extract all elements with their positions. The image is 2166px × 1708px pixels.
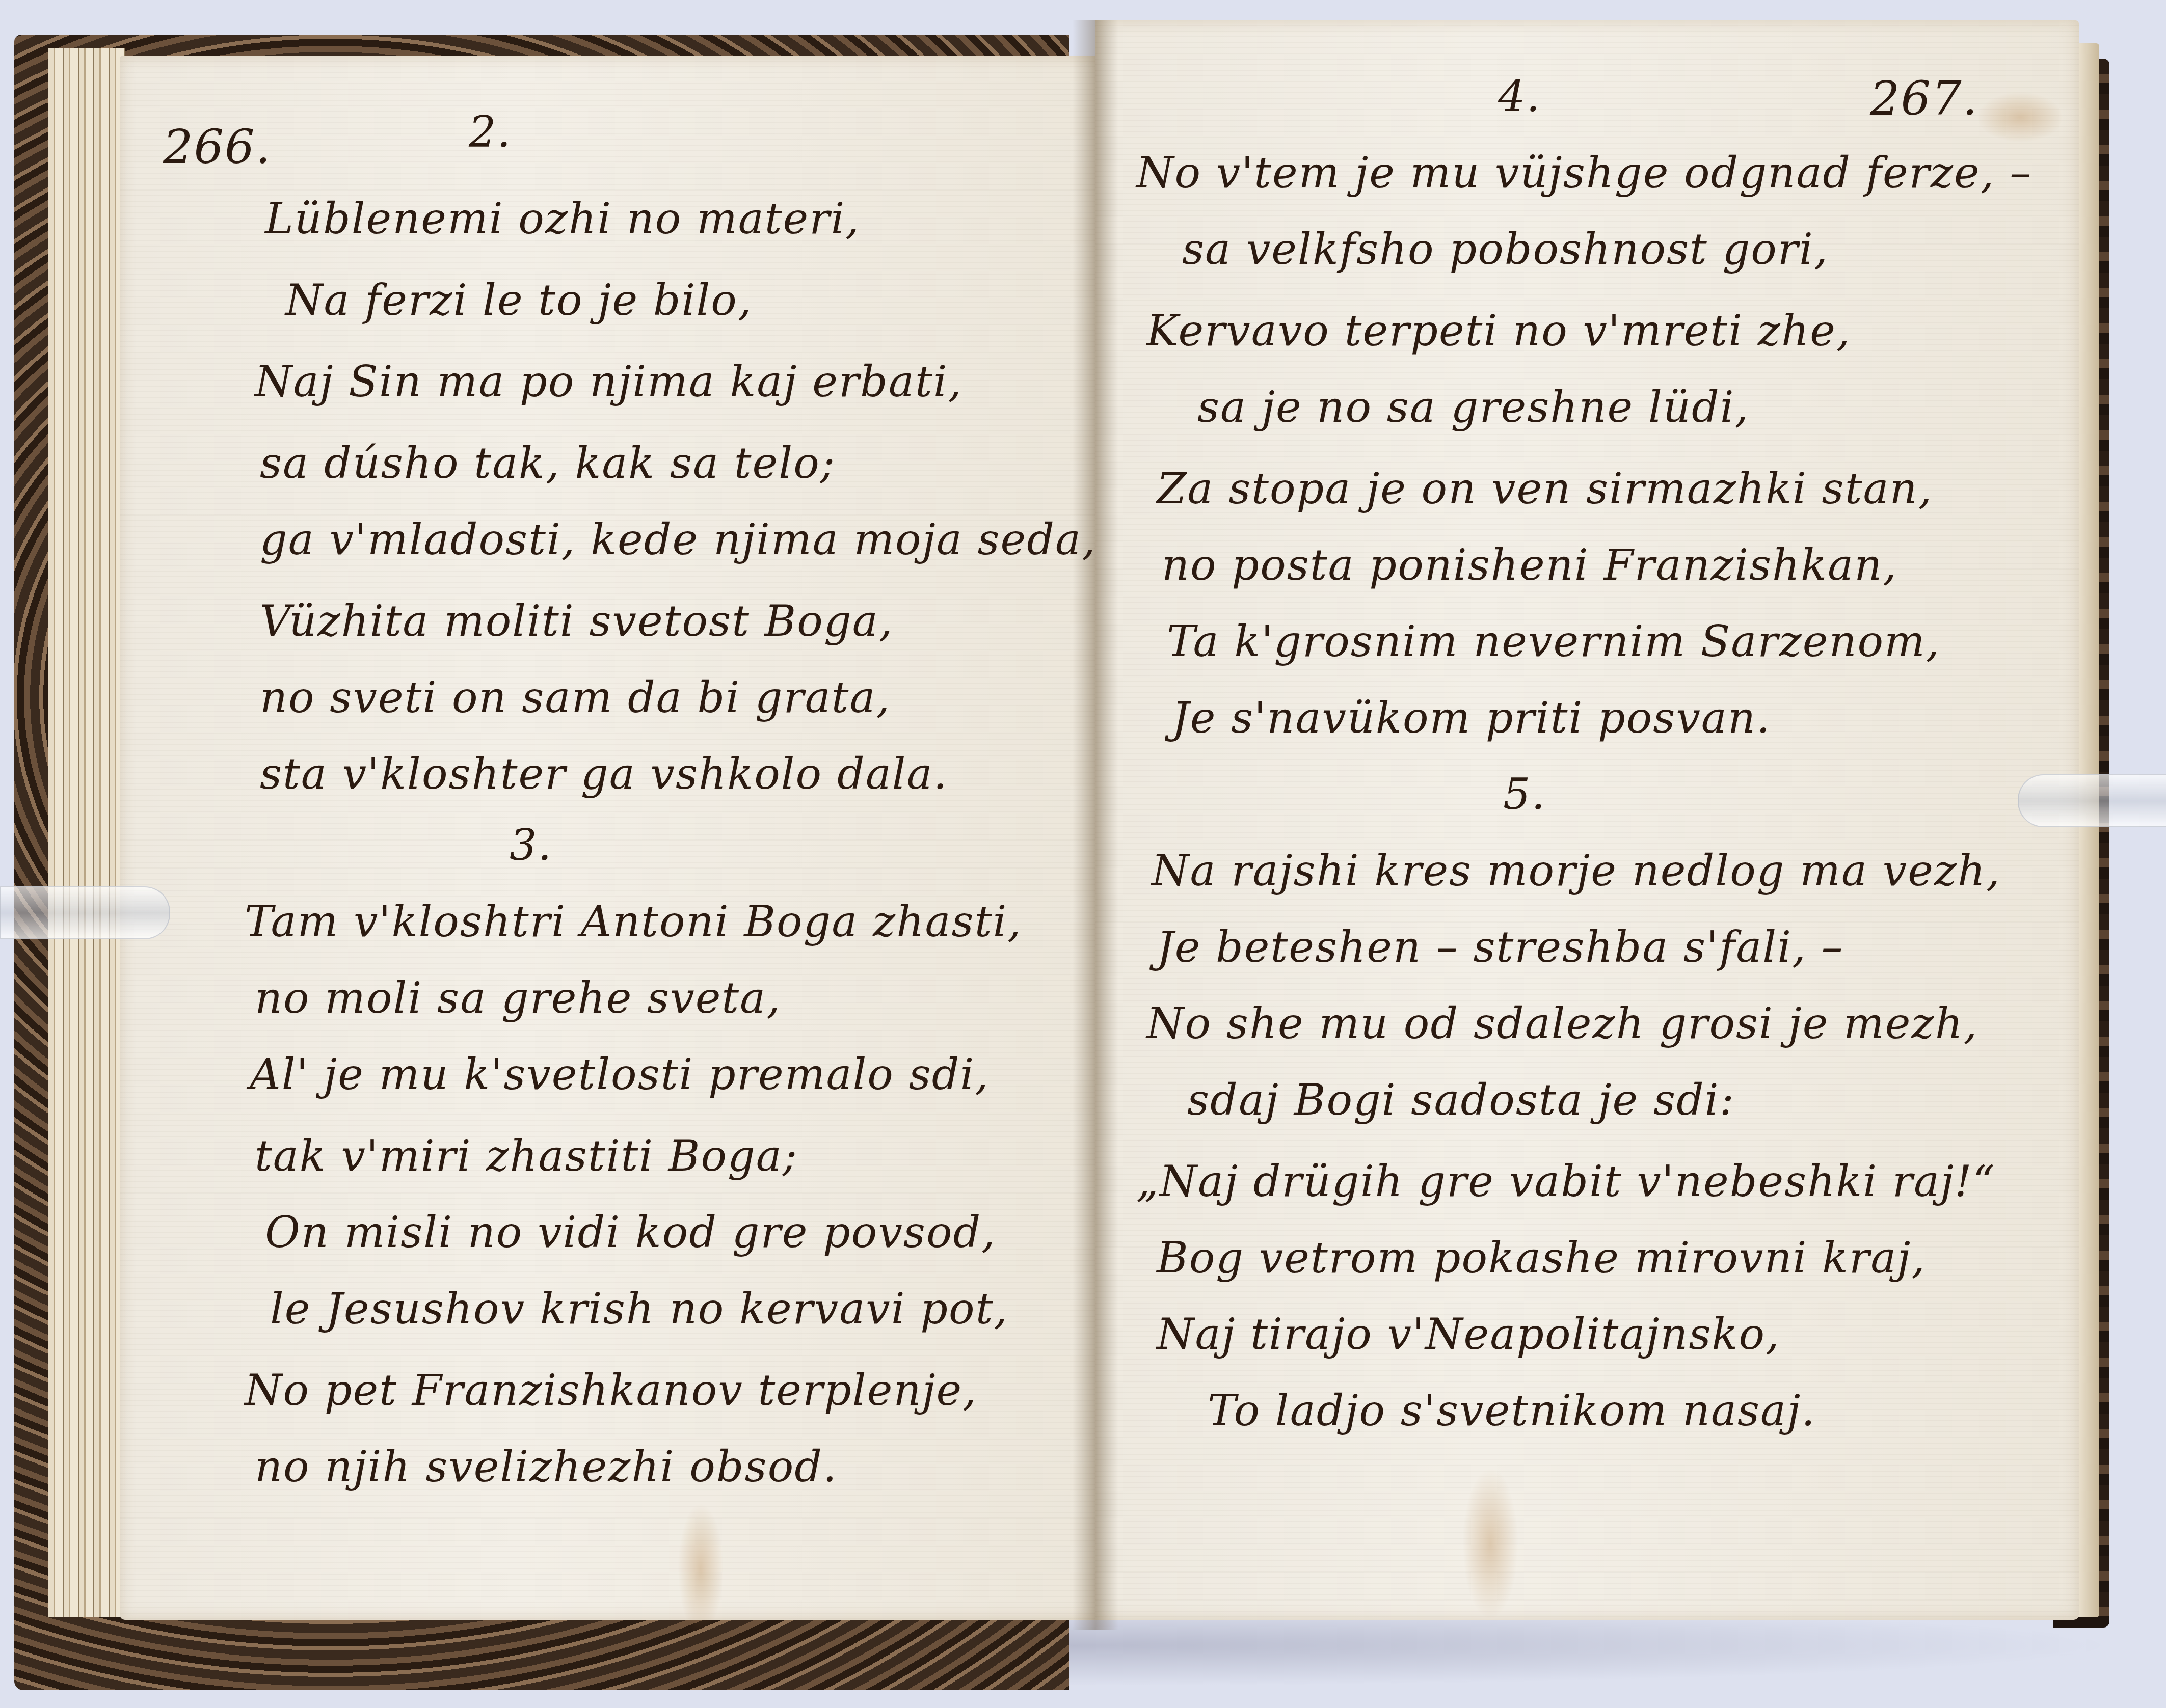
verse-line: Kervavo terpeti no v'mreti zhe, xyxy=(1146,306,1851,356)
verse-line: sta v'kloshter ga vshkolo dala. xyxy=(260,749,948,799)
page-holder-clip-right xyxy=(2018,774,2166,827)
verse-line: To ladjo s'svetnikom nasaj. xyxy=(1208,1386,1816,1435)
verse-line: le Jesushov krish no kervavi pot, xyxy=(270,1284,1008,1334)
verse-line: Lüblenemi ozhi no materi, xyxy=(265,194,860,243)
stanza-number: 2. xyxy=(469,107,512,157)
stanza-number: 4. xyxy=(1498,71,1541,121)
verse-line: Ta k'grosnim nevernim Sarzenom, xyxy=(1167,616,1940,666)
verse-line: sa velkfsho poboshnost gori, xyxy=(1182,224,1829,274)
verse-line: sa je no sa greshne lüdi, xyxy=(1197,382,1749,432)
water-stain xyxy=(1977,92,2064,143)
page-holder-clip-left xyxy=(0,886,170,939)
verse-line: Al' je mu k'svetlosti premalo sdi, xyxy=(250,1049,990,1099)
water-stain xyxy=(1462,1467,1518,1620)
verse-line: No she mu od sdalezh grosi je mezh, xyxy=(1146,998,1978,1048)
stanza-number: 3. xyxy=(510,820,552,870)
verse-line: Vüzhita moliti svetost Boga, xyxy=(260,596,893,646)
verse-line: Bog vetrom pokashe mirovni kraj, xyxy=(1157,1233,1926,1283)
verse-line: Naj tirajo v'Neapolitajnsko, xyxy=(1157,1309,1780,1359)
verse-line: sdaj Bogi sadosta je sdi: xyxy=(1187,1075,1735,1125)
verse-line: Na ferzi le to je bilo, xyxy=(285,275,753,325)
verse-line: no njih svelizhezhi obsod. xyxy=(255,1442,838,1492)
verse-line: sa dúsho tak, kak sa telo; xyxy=(260,438,836,488)
book-gutter xyxy=(1073,20,1118,1630)
verse-line: tak v'miri zhastiti Boga; xyxy=(255,1131,798,1181)
verse-line: Naj Sin ma po njima kaj erbati, xyxy=(255,357,962,406)
verse-line: no posta ponisheni Franzishkan, xyxy=(1162,540,1897,590)
verse-line: Tam v'kloshtri Antoni Boga zhasti, xyxy=(245,897,1022,946)
verse-line: Na rajshi kres morje nedlog ma vezh, xyxy=(1152,846,2001,896)
verse-line: no moli sa grehe sveta, xyxy=(255,973,781,1023)
verse-line: Je s'navükom priti posvan. xyxy=(1172,693,1771,743)
verse-line: Je beteshen – streshba s'fali, – xyxy=(1157,922,1843,972)
page-number-left: 266. xyxy=(163,120,272,174)
verse-line: Za stopa je on ven sirmazhki stan, xyxy=(1157,464,1933,513)
water-stain xyxy=(678,1503,724,1635)
verse-line: No v'tem je mu vüjshge odgnad ferze, – xyxy=(1136,148,2032,198)
verse-line: ga v'mladosti, kede njima moja seda, xyxy=(260,514,1097,564)
stanza-number: 5. xyxy=(1503,769,1546,819)
page-number-right: 267. xyxy=(1870,71,1978,126)
page-edges-left xyxy=(48,48,125,1617)
verse-line: „Naj drügih gre vabit v'nebeshki raj!“ xyxy=(1136,1156,1996,1206)
verse-line: no sveti on sam da bi grata, xyxy=(260,672,891,722)
verse-line: No pet Franzishkanov terplenje, xyxy=(245,1365,977,1415)
verse-line: On misli no vidi kod gre povsod, xyxy=(265,1207,996,1257)
